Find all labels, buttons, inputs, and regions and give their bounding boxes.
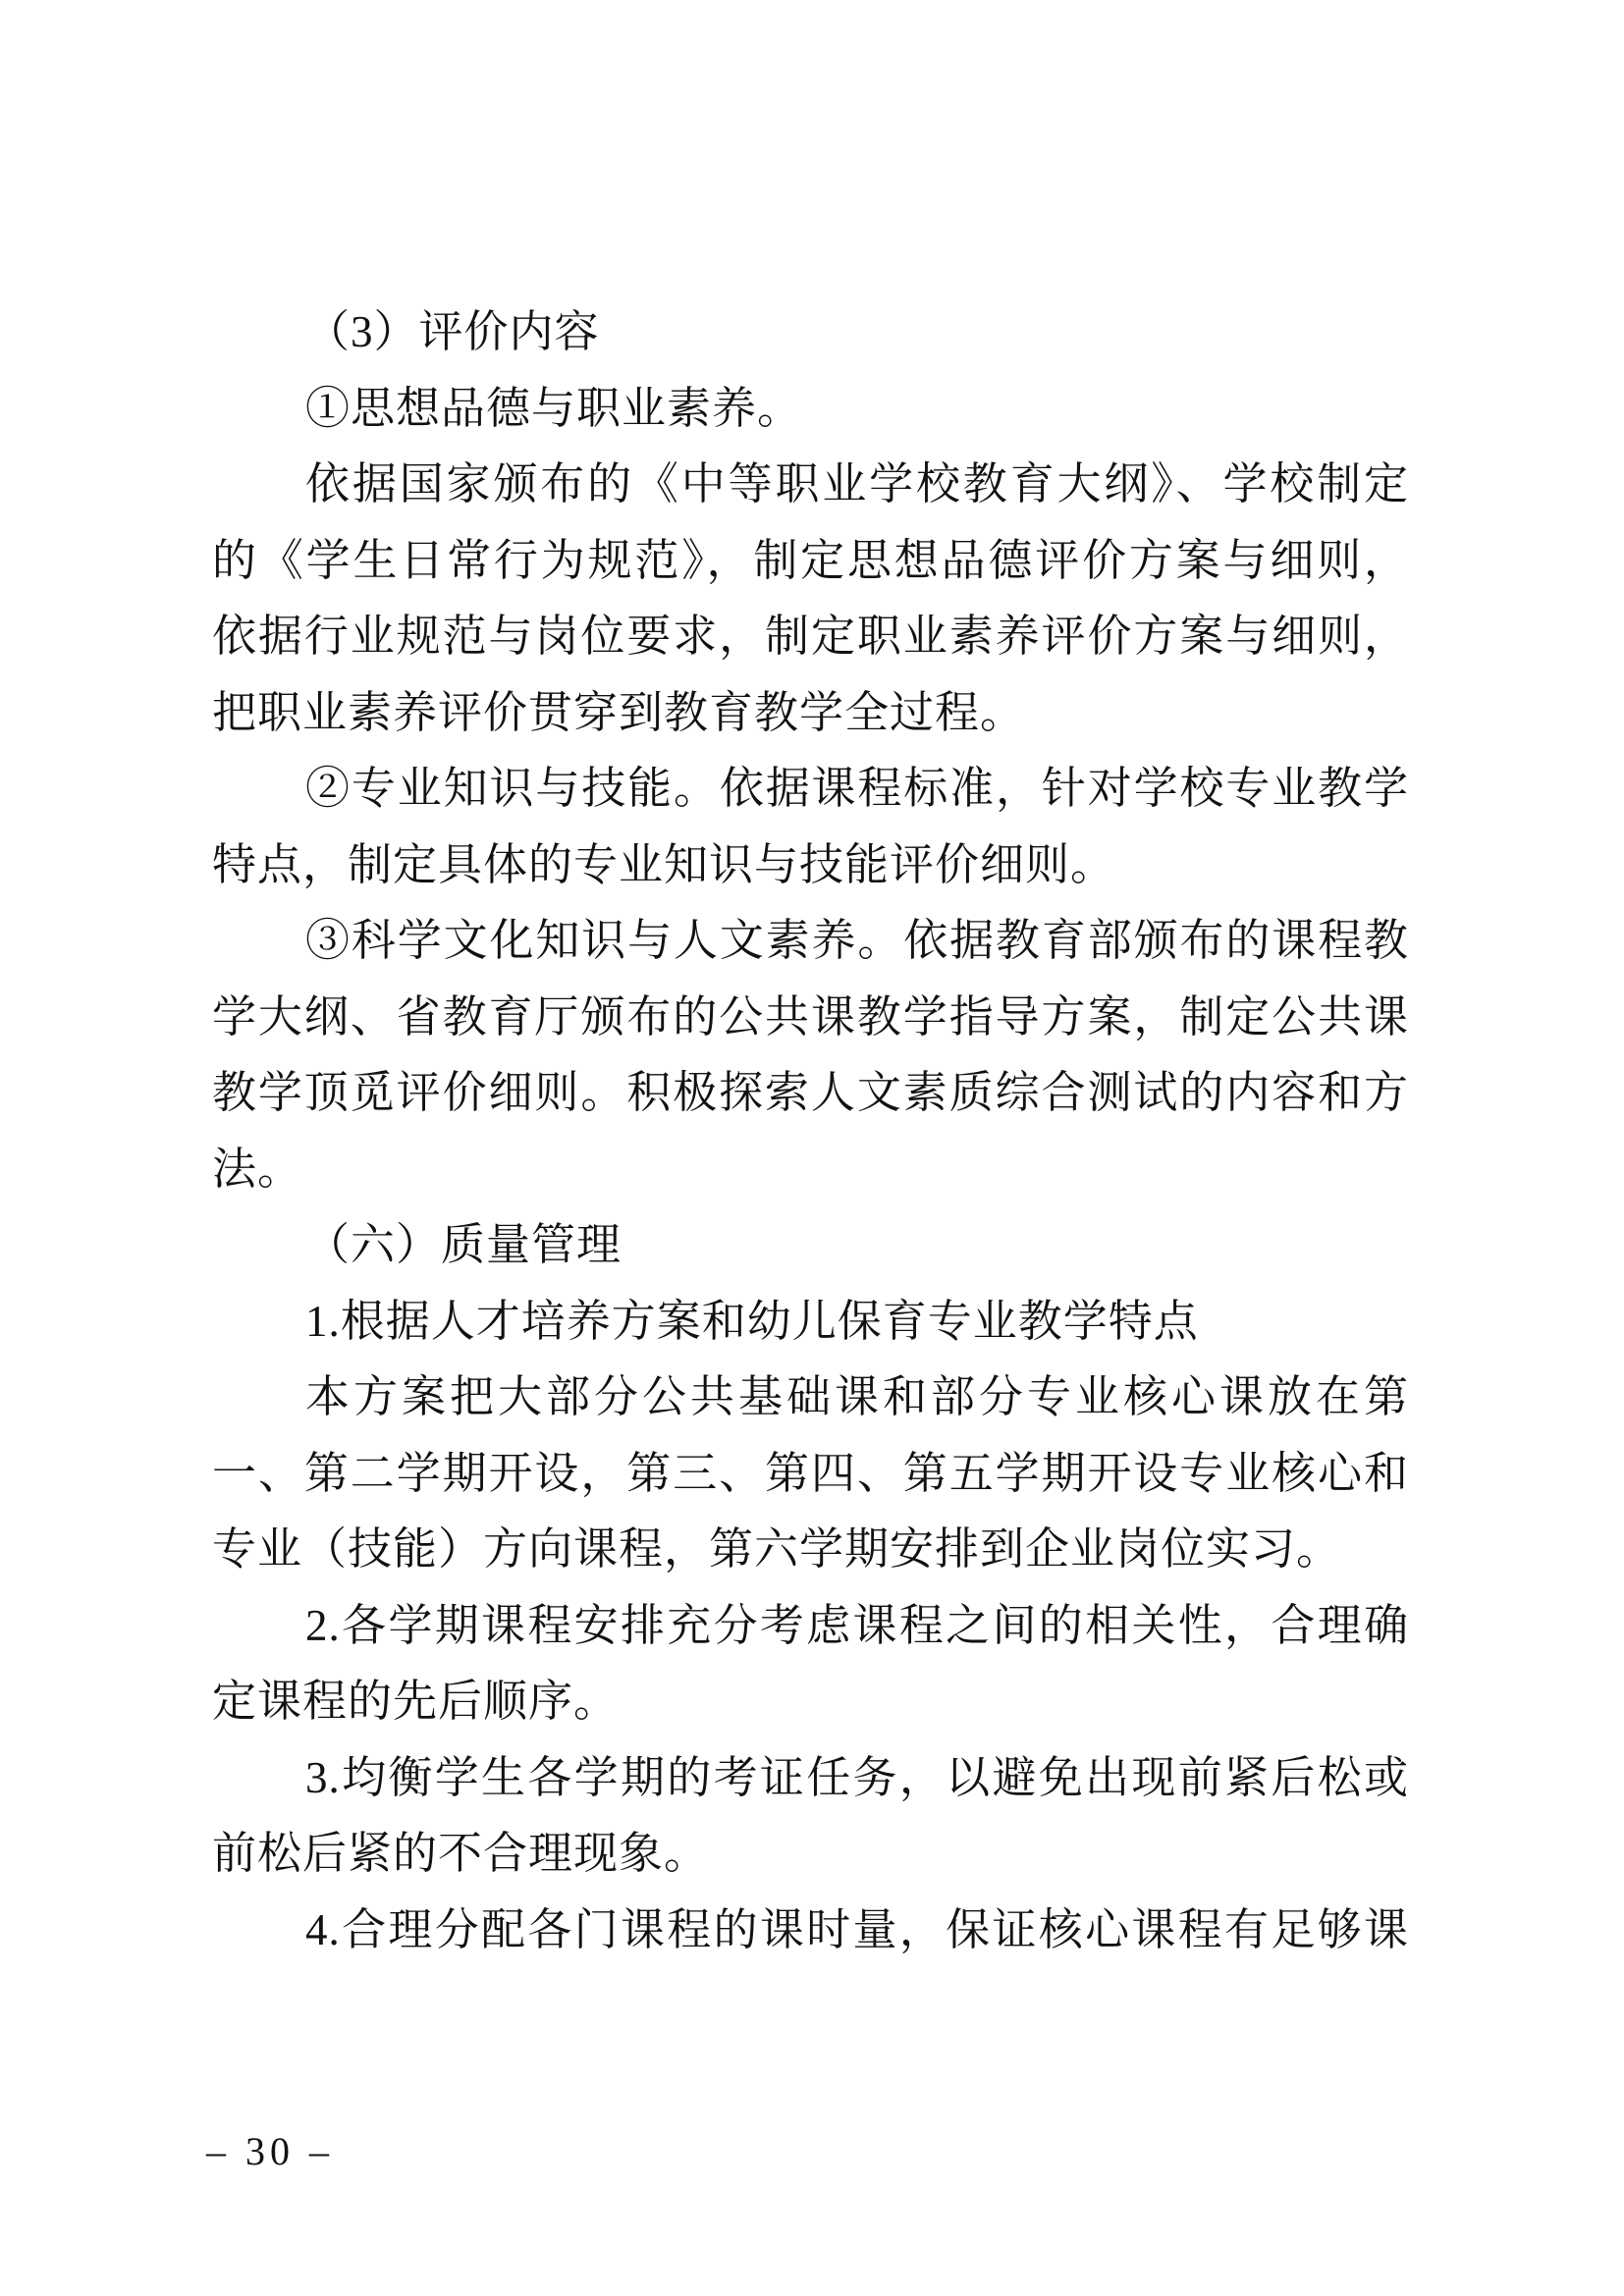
item-2-paragraph: ②专业知识与技能。依据课程标准，针对学校专业教学: [212, 751, 1409, 828]
paragraph-line: 把职业素养评价贯穿到教育教学全过程。: [212, 675, 1409, 752]
paragraph-line: 前松后紧的不合理现象。: [212, 1816, 1409, 1893]
numbered-item-3: 3.均衡学生各学期的考证任务，以避免出现前紧后松或: [212, 1740, 1409, 1817]
item-3-paragraph: ③科学文化知识与人文素养。依据教育部颁布的课程教: [212, 903, 1409, 980]
numbered-item-2: 2.各学期课程安排充分考虑课程之间的相关性，合理确: [212, 1588, 1409, 1665]
page-number: – 30 –: [206, 2128, 334, 2174]
numbered-item-4: 4.合理分配各门课程的课时量，保证核心课程有足够课: [212, 1893, 1409, 1969]
document-body: （3）评价内容 ①思想品德与职业素养。 依据国家颁布的《中等职业学校教育大纲》、…: [212, 294, 1409, 1968]
section-heading-6-quality-management: （六）质量管理: [212, 1207, 1409, 1284]
paragraph-line: 的《学生日常行为规范》，制定思想品德评价方案与细则，: [212, 523, 1409, 600]
paragraph-line: 学大纲、省教育厅颁布的公共课教学指导方案，制定公共课: [212, 980, 1409, 1056]
paragraph-line: 本方案把大部分公共基础课和部分专业核心课放在第: [212, 1360, 1409, 1436]
numbered-item-1: 1.根据人才培养方案和幼儿保育专业教学特点: [212, 1284, 1409, 1361]
paragraph-line: 专业（技能）方向课程，第六学期安排到企业岗位实习。: [212, 1512, 1409, 1588]
paragraph-line: 依据国家颁布的《中等职业学校教育大纲》、学校制定: [212, 447, 1409, 523]
paragraph-line: 依据行业规范与岗位要求，制定职业素养评价方案与细则，: [212, 599, 1409, 675]
paragraph-line: 一、第二学期开设，第三、第四、第五学期开设专业核心和: [212, 1436, 1409, 1513]
item-1-heading: ①思想品德与职业素养。: [212, 371, 1409, 448]
paragraph-line: 法。: [212, 1132, 1409, 1208]
paragraph-line: 特点，制定具体的专业知识与技能评价细则。: [212, 828, 1409, 904]
section-heading-3-evaluation-content: （3）评价内容: [212, 294, 1409, 371]
paragraph-line: 定课程的先后顺序。: [212, 1664, 1409, 1740]
paragraph-line: 教学顶觅评价细则。积极探索人文素质综合测试的内容和方: [212, 1055, 1409, 1132]
document-page: （3）评价内容 ①思想品德与职业素养。 依据国家颁布的《中等职业学校教育大纲》、…: [0, 0, 1624, 2296]
